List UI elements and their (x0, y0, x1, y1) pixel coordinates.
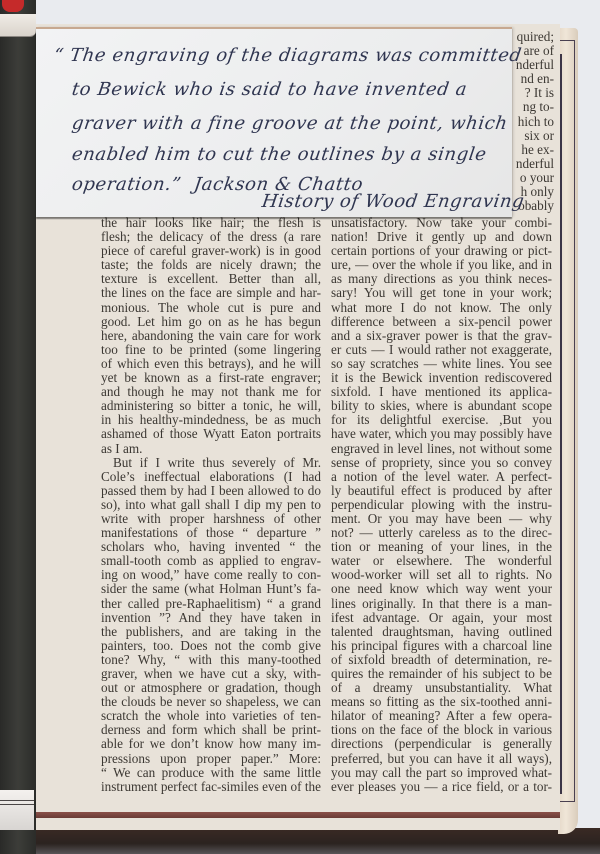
text-line: of sixfold breadth of determination, re- (331, 653, 552, 667)
text-line: have water, which you may possibly have (331, 427, 552, 441)
text-line: difference between a six-pencil power (331, 315, 552, 329)
text-line: it is the Bewick invention rediscovered (331, 371, 552, 385)
text-line: tone? Why, “ with this many-toothed (101, 653, 321, 667)
text-line: o your (508, 171, 554, 185)
book-spine (0, 0, 36, 854)
text-line: sense of propriety, since you so convey (331, 456, 552, 470)
text-line: ever pleases you — a rice field, or a to… (331, 780, 552, 794)
text-line: ment. Or you may have been — why (331, 512, 552, 526)
text-line: sary! You will get tone in your work; (331, 286, 552, 300)
text-line: ng to- (508, 100, 554, 114)
page-fore-edge (558, 28, 578, 834)
text-line: not? — utterly careless as to the direc- (331, 526, 552, 540)
text-line: engraved in level lines, not without som… (331, 442, 552, 456)
text-line: you may call the part so improved what- (331, 766, 552, 780)
red-bookmark (2, 0, 24, 12)
text-line: sixfold. I have mentioned its applica- (331, 385, 552, 399)
text-line: and though he may not thank me for (101, 385, 321, 399)
text-line: ing on wood,” have come really to con- (101, 568, 321, 582)
left-column: the hair looks like hair; the flesh is f… (101, 216, 321, 794)
text-line: of a dreamy unsubstantiality. What (331, 681, 552, 695)
text-line: certain portions of your drawing or pict… (331, 244, 552, 258)
text-line: of which even this betrays), and he will (101, 357, 321, 371)
text-line: lines originally. In that there is a man… (331, 597, 552, 611)
text-line: painters, too. Does not the comb give (101, 639, 321, 653)
text-line: talented draughtsman, having outlined (331, 625, 552, 639)
text-line: yet be known as a first-rate engraver; (101, 371, 321, 385)
text-line: nd en- (508, 72, 554, 86)
text-line: ure, — over the whole if you like, and i… (331, 258, 552, 272)
text-line: sider the same (what Holman Hunt’s fa- (101, 582, 321, 596)
text-line: ifest advantage. Or again, your most (331, 611, 552, 625)
text-line: the hair looks like hair; the flesh is (101, 216, 321, 230)
note-line: enabled him to cut the outlines by a sin… (71, 144, 488, 165)
text-line: ? It is (508, 86, 554, 100)
text-line: directions (perpendicular is generally (331, 737, 552, 751)
text-line: graver, when we have cut a sky, with- (101, 667, 321, 681)
text-line: bility to skies, where is abundant scope (331, 399, 552, 413)
text-line: six or (508, 129, 554, 143)
text-line: derness and form which shall be print- (101, 723, 321, 737)
text-line: one need know which way went your (331, 582, 552, 596)
book-photo: quired; are of nderful nd en- ? It is ng… (0, 0, 600, 854)
text-line: invention ”? And they have taken in (101, 611, 321, 625)
text-line: scholars who, having invented “ the (101, 540, 321, 554)
text-line: hilator of meaning? After a few opera- (331, 709, 552, 723)
table-shadow (0, 828, 600, 854)
note-attribution-work: History of Wood Engraving (261, 191, 526, 212)
text-line: so), into what gall shall I dip my pen t… (101, 498, 321, 512)
text-line: instrument perfect fac-similes even of t… (101, 780, 321, 794)
text-line: he ex- (508, 143, 554, 157)
text-line: nation! Drive it gently up and down (331, 230, 552, 244)
text-line: administering so bitter a tonic, he will… (101, 399, 321, 413)
text-line: flesh; the delicacy of the dress (a rare (101, 230, 321, 244)
page-bottom-edge (36, 812, 560, 818)
text-line: taste; the folds are nicely drawn; the (101, 258, 321, 272)
note-line: operation.” (71, 174, 183, 195)
text-line: good. Let him go on as he has begun (101, 315, 321, 329)
text-line: ashamed of those Wyatt Eaton portraits (101, 427, 321, 441)
text-line: small-tooth comb as applied to engrav- (101, 554, 321, 568)
text-line: a notion of the level water. A perfect- (331, 470, 552, 484)
text-line: But if I write thus severely of Mr. (101, 456, 321, 470)
text-line: monious. The whole cut is pure and (101, 301, 321, 315)
text-line: ther called pre-Raphaelitism) “ a grand (101, 597, 321, 611)
text-line: the publishers, and are taking in the (101, 625, 321, 639)
text-line: “ We can produce with the same little (101, 766, 321, 780)
text-line: his principal figures with a charcoal li… (331, 639, 552, 653)
text-line: water or elsewhere. The wonderful (331, 554, 552, 568)
text-line: and a six-graver power is that the grav- (331, 329, 552, 343)
text-line: here, abandoning the vain care for work (101, 329, 321, 343)
spine-top-cap (0, 14, 36, 37)
text-line: tions on the face of the block in variou… (331, 723, 552, 737)
text-line: wood-worker will set all to rights. No (331, 568, 552, 582)
note-line: graver with a fine groove at the point, … (71, 113, 510, 134)
text-line: in his healthy-mindedness, be as much (101, 413, 321, 427)
right-column: unsatisfactory. Now take your combi- nat… (331, 216, 552, 794)
text-line: piece of careful graver-work) is in good (101, 244, 321, 258)
text-line: Cole’s ineffectual elaborations (I had (101, 470, 321, 484)
text-line: as I am. (101, 442, 321, 456)
text-line: perpendicular plowing with the instru- (331, 498, 552, 512)
text-line: unsatisfactory. Now take your combi- (331, 216, 552, 230)
text-line: hich to (508, 115, 554, 129)
text-line: the clouds be never so shapeless, we can (101, 695, 321, 709)
text-line: passed them by had I been allowed to do (101, 484, 321, 498)
text-line: texture is excellent. Better than all, (101, 272, 321, 286)
text-line: means so fitting as the six-toothed anni… (331, 695, 552, 709)
text-line: scratch the whole into varieties of ten- (101, 709, 321, 723)
text-line: er cuts — I would rather not exaggerate, (331, 343, 552, 357)
text-line: able for we don’t know how many im- (101, 737, 321, 751)
text-line: write with proper harshness of other (101, 512, 321, 526)
text-line: preferred, but you can have it all ways)… (331, 752, 552, 766)
text-line: as many directions as you think neces- (331, 272, 552, 286)
text-line: the lines on the face are simple and har… (101, 286, 321, 300)
text-line: tion or meaning of your lines, in the (331, 540, 552, 554)
text-line: out or atmosphere or gradation, though (101, 681, 321, 695)
note-line: to Bewick who is said to have invented a (71, 79, 469, 100)
text-line: what more I do not know. The only (331, 301, 552, 315)
text-line: so say scratches — white lines. You see (331, 357, 552, 371)
text-line: quires the remainder of his subject to b… (331, 667, 552, 681)
note-line: “ The engraving of the diagrams was comm… (53, 45, 524, 66)
text-line: nderful (508, 157, 554, 171)
text-line: ly beautiful effect is produced by after (331, 484, 552, 498)
spine-bottom-cap (0, 790, 34, 830)
text-line: too fine to be printed (some lingering (101, 343, 321, 357)
text-line: pressions upon proper paper.” More: (101, 752, 321, 766)
text-line: for its delightful exercise. ,But you (331, 413, 552, 427)
handwritten-note-card: “ The engraving of the diagrams was comm… (36, 27, 512, 217)
text-line: quired; (508, 30, 554, 44)
text-line: manifestations of those “ departure ” (101, 526, 321, 540)
